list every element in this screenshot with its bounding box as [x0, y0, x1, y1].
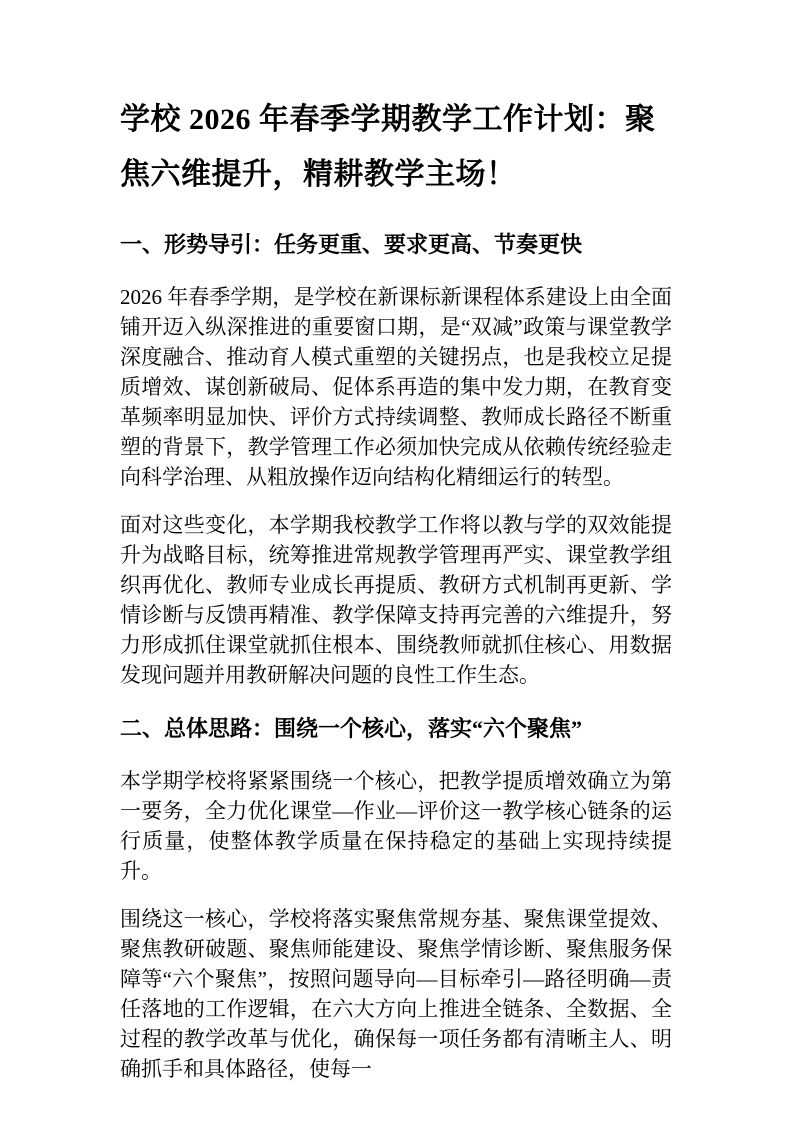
section-1-paragraph-1: 2026 年春季学期，是学校在新课标新课程体系建设上由全面铺开迈入纵深推进的重要…	[120, 282, 672, 492]
section-1-heading: 一、形势导引：任务更重、要求更高、节奏更快	[120, 230, 672, 260]
section-2-paragraph-1: 本学期学校将紧紧围绕一个核心，把教学提质增效确立为第一要务，全力优化课堂—作业—…	[120, 766, 672, 886]
document-page: 学校 2026 年春季学期教学工作计划：聚焦六维提升，精耕教学主场！ 一、形势导…	[0, 0, 793, 1122]
section-2-paragraph-2: 围绕这一核心，学校将落实聚焦常规夯基、聚焦课堂提效、聚焦教研破题、聚焦师能建设、…	[120, 904, 672, 1084]
document-title: 学校 2026 年春季学期教学工作计划：聚焦六维提升，精耕教学主场！	[120, 92, 672, 202]
section-1-paragraph-2: 面对这些变化，本学期我校教学工作将以教与学的双效能提升为战略目标，统筹推进常规教…	[120, 510, 672, 690]
section-2-heading: 二、总体思路：围绕一个核心，落实“六个聚焦”	[120, 714, 672, 744]
